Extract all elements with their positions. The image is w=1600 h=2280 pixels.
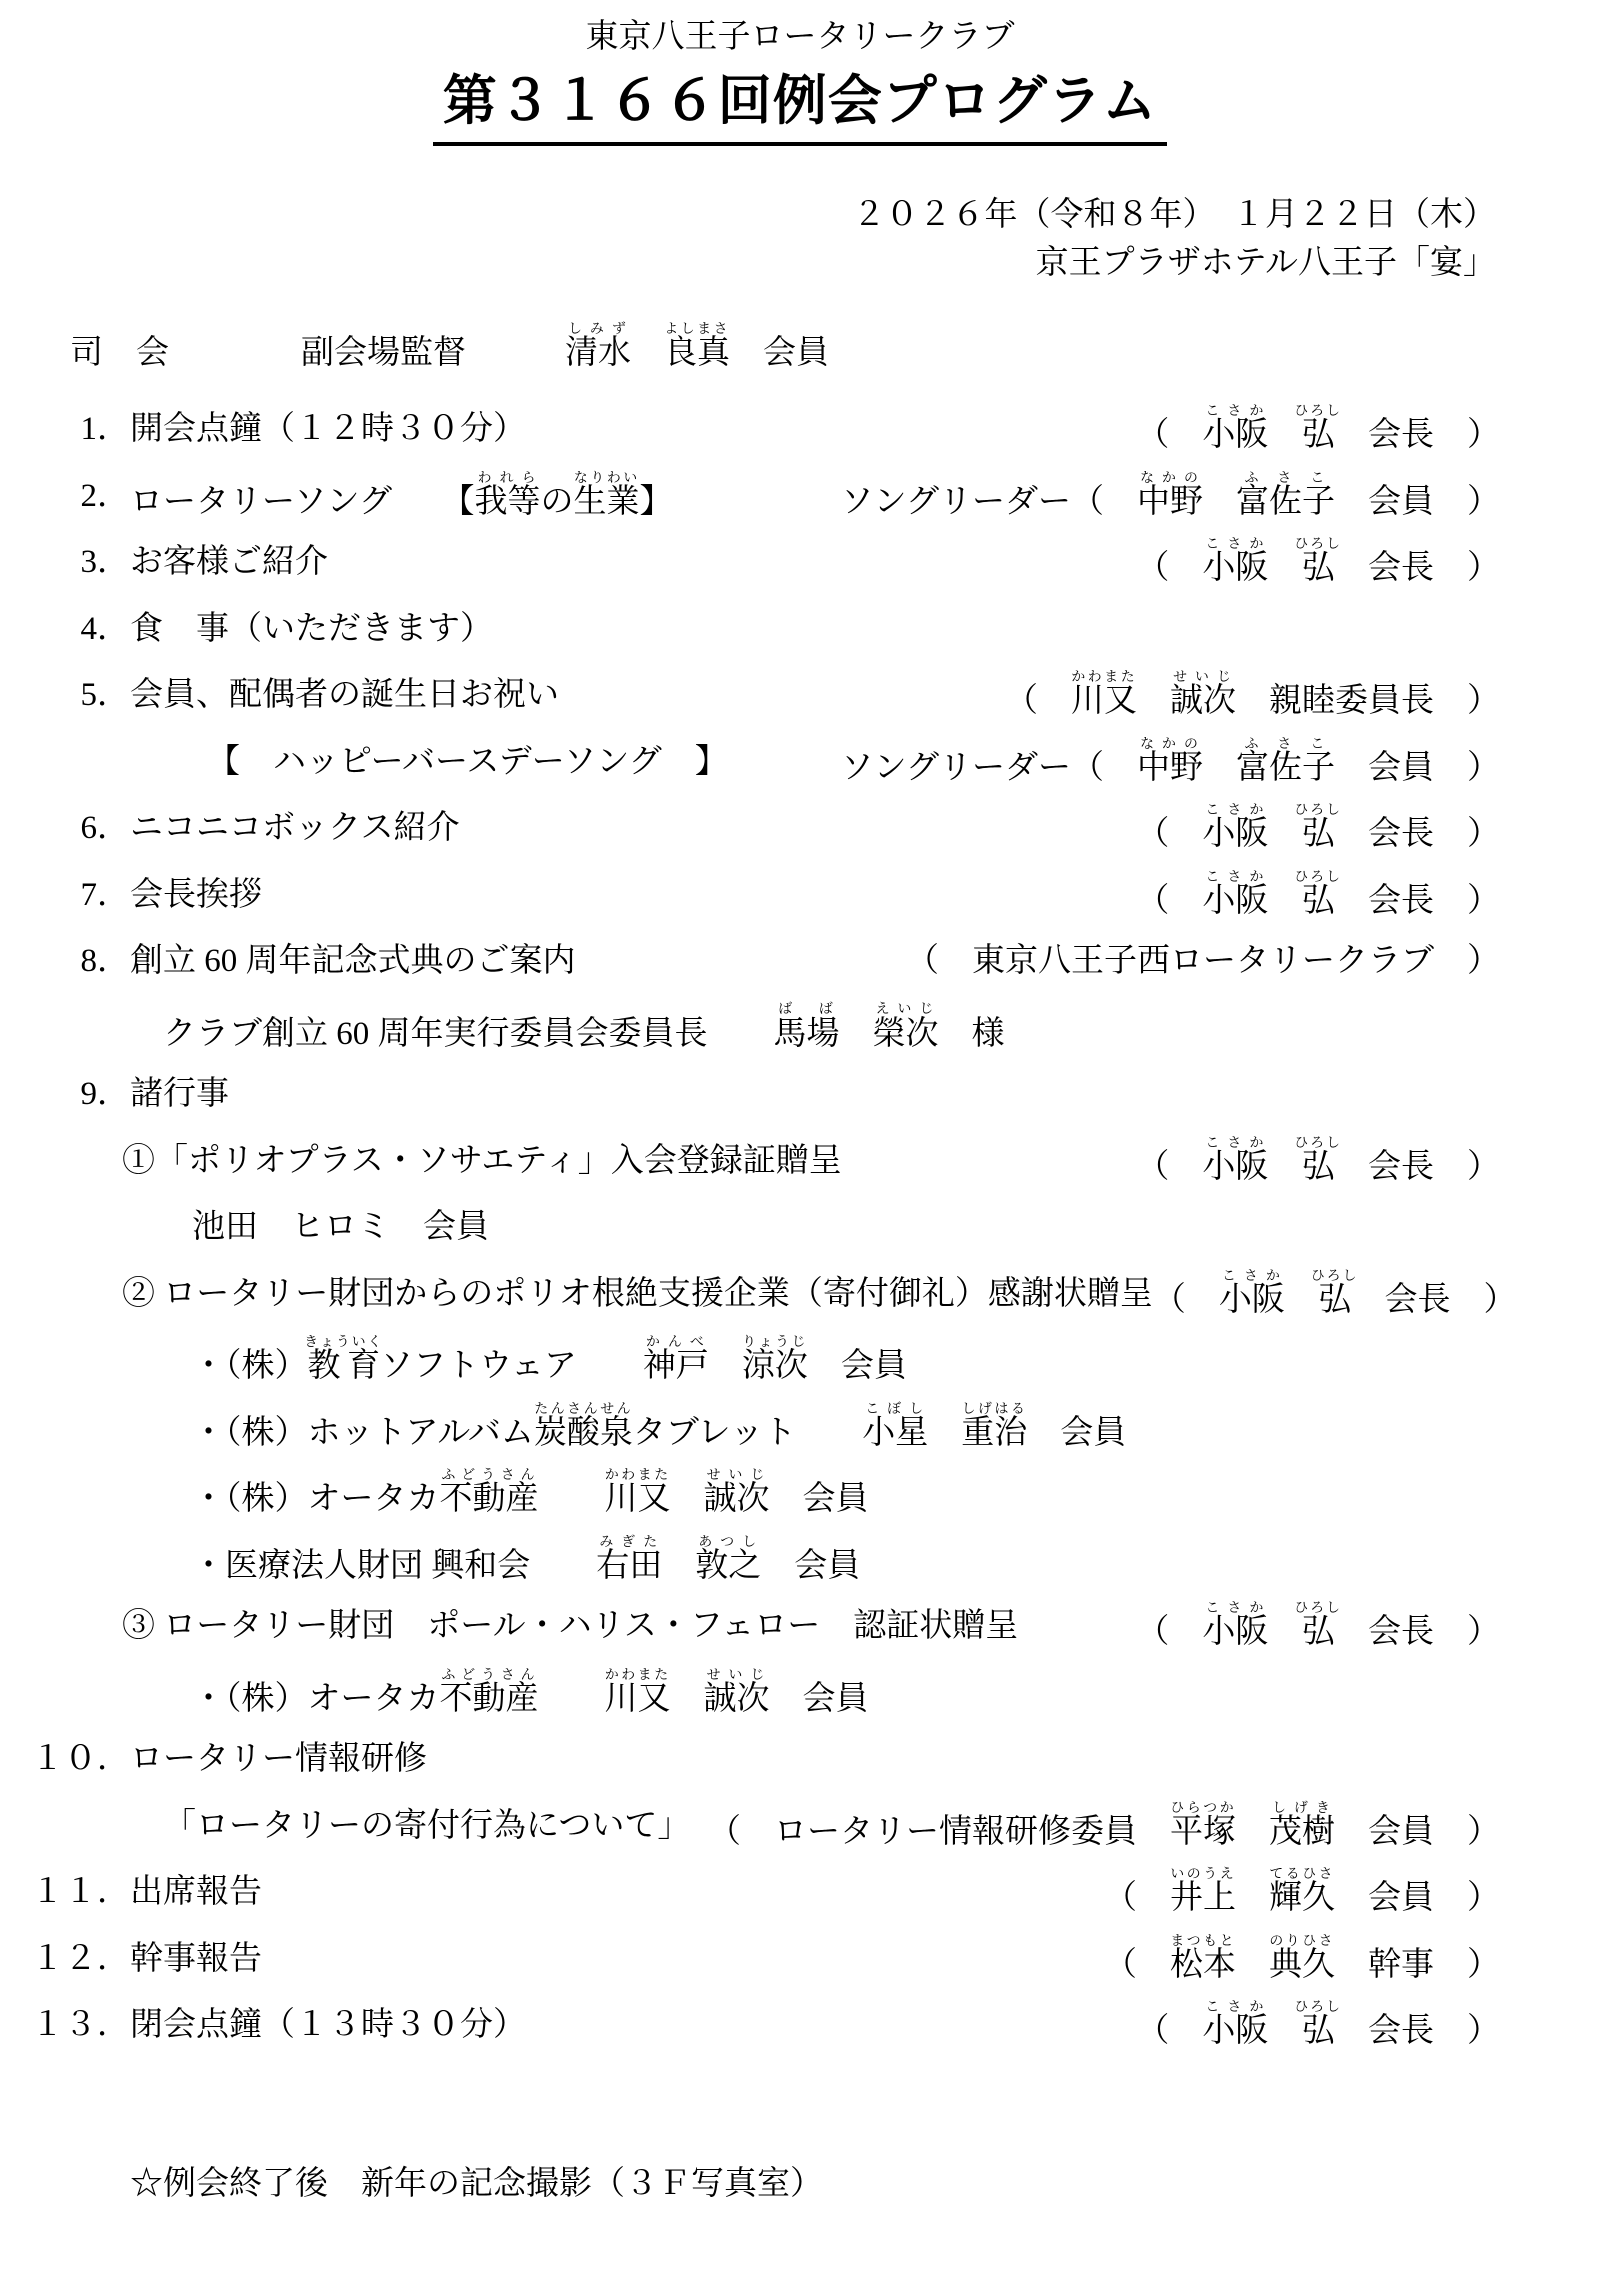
program-item-12-ruby-name: 松本まつもと [1170,1947,1236,1983]
program-item-12-assignee: （ 松本まつもと 典久のりひさ 幹事 ） [1104,1933,1500,1986]
program-item-1-ruby-name: 小阪こさか [1202,417,1268,453]
program-item-9-2-company-3: ・（株）オータカ不動産ふどうさん 川又かわまた 誠次せいじ 会員 [0,1461,1600,1528]
program-item-9-1-ruby-name: 弘ひろし [1301,1149,1335,1185]
title-wrap: 第３１６６回例会プログラム [0,70,1600,146]
program-item-8-assignee: （ 東京八王子西ロータリークラブ ） [906,941,1500,982]
mc-row-text: 司 会 副会場監督 清水しみず 良真よしまさ 会員 [70,321,829,374]
program-item-9-3-ruby-name: 弘ひろし [1301,1614,1335,1650]
footer-note: ☆例会終了後 新年の記念撮影（３Ｆ写真室） [0,2157,1600,2204]
program-item-5-ruby-name: 川又かわまた [1071,683,1137,719]
program-item-10-sub-assignee: （ ロータリー情報研修委員 平塚ひらつか 茂樹しげき 会員 ） [708,1800,1500,1853]
program-item-9-1-member: 池田 ヒロミ 会員 [0,1195,1600,1262]
program-item-4-number: 4． [56,609,130,650]
program-item-9-1-member-text: 池田 ヒロミ 会員 [192,1207,489,1248]
program-item-5-song-ruby-name: 富佐子ふさこ [1236,750,1335,786]
program-item-5-text: 会員、配偶者の誕生日お祝い [130,675,559,716]
program-item-12-number: １２． [30,1939,130,1980]
program-item-3-text: お客様ご紹介 [130,542,328,583]
program-item-9-2-company-2-ruby-name: 重治しげはる [961,1415,1027,1451]
program-item-2-ruby-name: 富佐子ふさこ [1236,484,1335,520]
program-item-9-3-ruby-name: 小阪こさか [1202,1614,1268,1650]
program-item-6-number: 6． [56,808,130,849]
program-item-8-sub-ruby-name: 榮次えいじ [873,1016,939,1052]
program-item-9-2-company-3-ruby-name: 不動産ふどうさん [440,1481,539,1517]
mc-row-ruby-name: 清水しみず [565,335,631,371]
program-item-5-assignee: （ 川又かわまた 誠次せいじ 親睦委員長 ） [1005,669,1500,722]
program-item-9-2-company-4: ・医療法人財団 興和会 右田みぎた 敦之あつし 会員 [0,1527,1600,1594]
program-item-10: １０．ロータリー情報研修 [0,1727,1600,1794]
program-item-3-ruby-name: 小阪こさか [1202,550,1268,586]
program-item-6: 6．ニコニコボックス紹介（ 小阪こさか 弘ひろし 会長 ） [0,796,1600,863]
program-item-9-2-company-3-ruby-name: 誠次せいじ [704,1481,770,1517]
program-list: 司 会 副会場監督 清水しみず 良真よしまさ 会員1．開会点鐘（１２時３０分）（… [0,314,1600,2059]
program-item-11: １１．出席報告（ 井上いのうえ 輝久てるひさ 会員 ） [0,1860,1600,1927]
program-item-5-number: 5． [56,675,130,716]
program-item-9-2-company-2: ・（株）ホットアルバム炭酸泉たんさんせんタブレット 小星こぼし 重治しげはる 会… [0,1394,1600,1461]
program-item-7-assignee: （ 小阪こさか 弘ひろし 会長 ） [1136,869,1500,922]
program-item-1-assignee: （ 小阪こさか 弘ひろし 会長 ） [1136,403,1500,456]
program-item-9-3-company-1: ・（株）オータカ不動産ふどうさん 川又かわまた 誠次せいじ 会員 [0,1660,1600,1727]
program-item-2-ruby-name: 生業なりわい [574,484,640,520]
program-item-9-2-company-1-text: ・（株）教育きょういくソフトウェア 神戸かんべ 涼次りょうじ 会員 [192,1334,907,1387]
program-item-2-ruby-name: 中野なかの [1137,484,1203,520]
program-item-9-2-company-2-ruby-name: 炭酸泉たんさんせん [534,1415,633,1451]
program-item-2-ruby-name: 我等われら [475,484,541,520]
program-item-2-assignee: ソングリーダー（ 中野なかの 富佐子ふさこ 会員 ） [841,470,1500,523]
meeting-venue: 京王プラザホテル八王子「宴」 [0,240,1600,286]
program-item-6-ruby-name: 弘ひろし [1301,816,1335,852]
program-item-5: 5．会員、配偶者の誕生日お祝い（ 川又かわまた 誠次せいじ 親睦委員長 ） [0,663,1600,730]
program-item-9-2-company-2-text: ・（株）ホットアルバム炭酸泉たんさんせんタブレット 小星こぼし 重治しげはる 会… [192,1401,1126,1454]
program-item-1-ruby-name: 弘ひろし [1301,417,1335,453]
program-item-9-3-assignee: （ 小阪こさか 弘ひろし 会長 ） [1136,1600,1500,1653]
program-item-5-ruby-name: 誠次せいじ [1170,683,1236,719]
program-item-9-1-ruby-name: 小阪こさか [1202,1149,1268,1185]
program-item-13: １３．閉会点鐘（１３時３０分）（ 小阪こさか 弘ひろし 会長 ） [0,1993,1600,2060]
program-item-9-number: 9． [56,1074,130,1115]
program-item-1: 1．開会点鐘（１２時３０分）（ 小阪こさか 弘ひろし 会長 ） [0,397,1600,464]
program-item-11-ruby-name: 輝久てるひさ [1269,1880,1335,1916]
program-item-2-number: 2． [56,476,130,517]
program-item-13-ruby-name: 弘ひろし [1301,2013,1335,2049]
program-item-9-3-company-1-ruby-name: 不動産ふどうさん [440,1681,539,1717]
program-item-8-number: 8． [56,941,130,982]
program-item-8: 8．創立 60 周年記念式典のご案内（ 東京八王子西ロータリークラブ ） [0,929,1600,996]
program-item-5-song: 【 ハッピーバースデーソング 】ソングリーダー（ 中野なかの 富佐子ふさこ 会員… [0,729,1600,796]
program-item-1-text: 開会点鐘（１２時３０分） [130,409,526,450]
program-item-9-3: ③ ロータリー財団 ポール・ハリス・フェロー 認証状贈呈（ 小阪こさか 弘ひろし… [0,1594,1600,1661]
program-item-9-3-company-1-ruby-name: 川又かわまた [605,1681,671,1717]
program-item-7-text: 会長挨拶 [130,875,262,916]
program-item-2-text: ロータリーソング 【我等われらの生業なりわい】 [130,470,673,523]
program-item-12-text: 幹事報告 [130,1939,262,1980]
program-item-7-number: 7． [56,875,130,916]
program-item-9-3-company-1-ruby-name: 誠次せいじ [704,1681,770,1717]
program-item-9-2-company-3-text: ・（株）オータカ不動産ふどうさん 川又かわまた 誠次せいじ 会員 [192,1467,869,1520]
program-item-4: 4．食 事（いただきます） [0,596,1600,663]
program-item-11-ruby-name: 井上いのうえ [1170,1880,1236,1916]
program-item-7-ruby-name: 小阪こさか [1202,883,1268,919]
program-item-9-2-text: ② ロータリー財団からのポリオ根絶支援企業（寄付御礼）感謝状贈呈 [122,1274,1153,1315]
program-item-3-assignee: （ 小阪こさか 弘ひろし 会長 ） [1136,536,1500,589]
program-item-13-assignee: （ 小阪こさか 弘ひろし 会長 ） [1136,1999,1500,2052]
program-item-3: 3．お客様ご紹介（ 小阪こさか 弘ひろし 会長 ） [0,530,1600,597]
program-item-1-number: 1． [56,409,130,450]
mc-row: 司 会 副会場監督 清水しみず 良真よしまさ 会員 [0,314,1600,381]
program-item-6-ruby-name: 小阪こさか [1202,816,1268,852]
program-item-10-number: １０． [30,1739,130,1780]
program-item-10-sub: 「ロータリーの寄付行為について」（ ロータリー情報研修委員 平塚ひらつか 茂樹し… [0,1793,1600,1860]
program-item-9-1-assignee: （ 小阪こさか 弘ひろし 会長 ） [1136,1135,1500,1188]
program-item-11-number: １１． [30,1872,130,1913]
program-item-9-1: ①「ポリオプラス・ソサエティ」入会登録証贈呈（ 小阪こさか 弘ひろし 会長 ） [0,1128,1600,1195]
program-item-8-sub: クラブ創立 60 周年実行委員会委員長 馬場ば ば 榮次えいじ 様 [0,995,1600,1062]
program-item-13-number: １３． [30,2005,130,2046]
program-item-9-3-text: ③ ロータリー財団 ポール・ハリス・フェロー 認証状贈呈 [122,1606,1018,1647]
program-item-10-sub-ruby-name: 茂樹しげき [1269,1814,1335,1850]
program-item-4-text: 食 事（いただきます） [130,609,493,650]
program-document: 東京八王子ロータリークラブ 第３１６６回例会プログラム ２０２６年（令和８年） … [0,0,1600,2204]
program-item-5-song-text: 【 ハッピーバースデーソング 】 [207,742,728,783]
program-item-9-2-company-3-ruby-name: 川又かわまた [605,1481,671,1517]
program-item-9-2-company-4-ruby-name: 右田みぎた [596,1548,662,1584]
program-item-12: １２．幹事報告（ 松本まつもと 典久のりひさ 幹事 ） [0,1926,1600,1993]
program-item-13-ruby-name: 小阪こさか [1202,2013,1268,2049]
program-item-9-2-company-1-ruby-name: 神戸かんべ [643,1348,709,1384]
program-item-10-text: ロータリー情報研修 [130,1739,427,1780]
program-item-9-1-text: ①「ポリオプラス・ソサエティ」入会登録証贈呈 [122,1141,842,1182]
program-item-9-2-company-1-ruby-name: 教育きょういく [308,1348,381,1384]
program-item-3-number: 3． [56,542,130,583]
program-item-7-ruby-name: 弘ひろし [1301,883,1335,919]
mc-row-ruby-name: 良真よしまさ [664,335,730,371]
program-item-6-assignee: （ 小阪こさか 弘ひろし 会長 ） [1136,802,1500,855]
program-item-13-text: 閉会点鐘（１３時３０分） [130,2005,526,2046]
program-item-9: 9．諸行事 [0,1062,1600,1129]
program-item-9-text: 諸行事 [130,1074,229,1115]
program-item-10-sub-ruby-name: 平塚ひらつか [1170,1814,1236,1850]
program-item-8-sub-ruby-name: 馬場ば ば [774,1016,840,1052]
page-title: 第３１６６回例会プログラム [433,70,1167,146]
meeting-date: ２０２６年（令和８年） １月２２日（木） [0,192,1600,238]
program-item-9-2-company-4-text: ・医療法人財団 興和会 右田みぎた 敦之あつし 会員 [192,1534,860,1587]
program-item-9-2-company-1: ・（株）教育きょういくソフトウェア 神戸かんべ 涼次りょうじ 会員 [0,1328,1600,1395]
program-item-7: 7．会長挨拶（ 小阪こさか 弘ひろし 会長 ） [0,862,1600,929]
program-item-5-song-assignee: ソングリーダー（ 中野なかの 富佐子ふさこ 会員 ） [841,736,1500,789]
program-item-11-assignee: （ 井上いのうえ 輝久てるひさ 会員 ） [1104,1866,1500,1919]
program-item-9-2-ruby-name: 弘ひろし [1318,1282,1352,1318]
program-item-9-2-company-2-ruby-name: 小星こぼし [862,1415,928,1451]
program-item-8-text: 創立 60 周年記念式典のご案内 [130,941,576,982]
program-item-6-text: ニコニコボックス紹介 [130,808,460,849]
program-item-2: 2．ロータリーソング 【我等われらの生業なりわい】ソングリーダー（ 中野なかの … [0,463,1600,530]
program-item-3-ruby-name: 弘ひろし [1301,550,1335,586]
program-item-10-sub-text: 「ロータリーの寄付行為について」 [163,1806,690,1847]
program-item-12-ruby-name: 典久のりひさ [1269,1947,1335,1983]
program-item-9-2: ② ロータリー財団からのポリオ根絶支援企業（寄付御礼）感謝状贈呈（ 小阪こさか … [0,1261,1600,1328]
program-item-11-text: 出席報告 [130,1872,262,1913]
program-item-9-2-company-4-ruby-name: 敦之あつし [695,1548,761,1584]
program-item-9-2-company-1-ruby-name: 涼次りょうじ [742,1348,808,1384]
program-item-9-3-company-1-text: ・（株）オータカ不動産ふどうさん 川又かわまた 誠次せいじ 会員 [192,1667,869,1720]
program-item-9-2-ruby-name: 小阪こさか [1219,1282,1285,1318]
program-item-9-2-assignee: （ 小阪こさか 弘ひろし 会長 ） [1153,1268,1517,1321]
program-item-8-sub-text: クラブ創立 60 周年実行委員会委員長 馬場ば ば 榮次えいじ 様 [163,1001,1005,1055]
club-name: 東京八王子ロータリークラブ [0,16,1600,58]
program-item-5-song-ruby-name: 中野なかの [1137,750,1203,786]
